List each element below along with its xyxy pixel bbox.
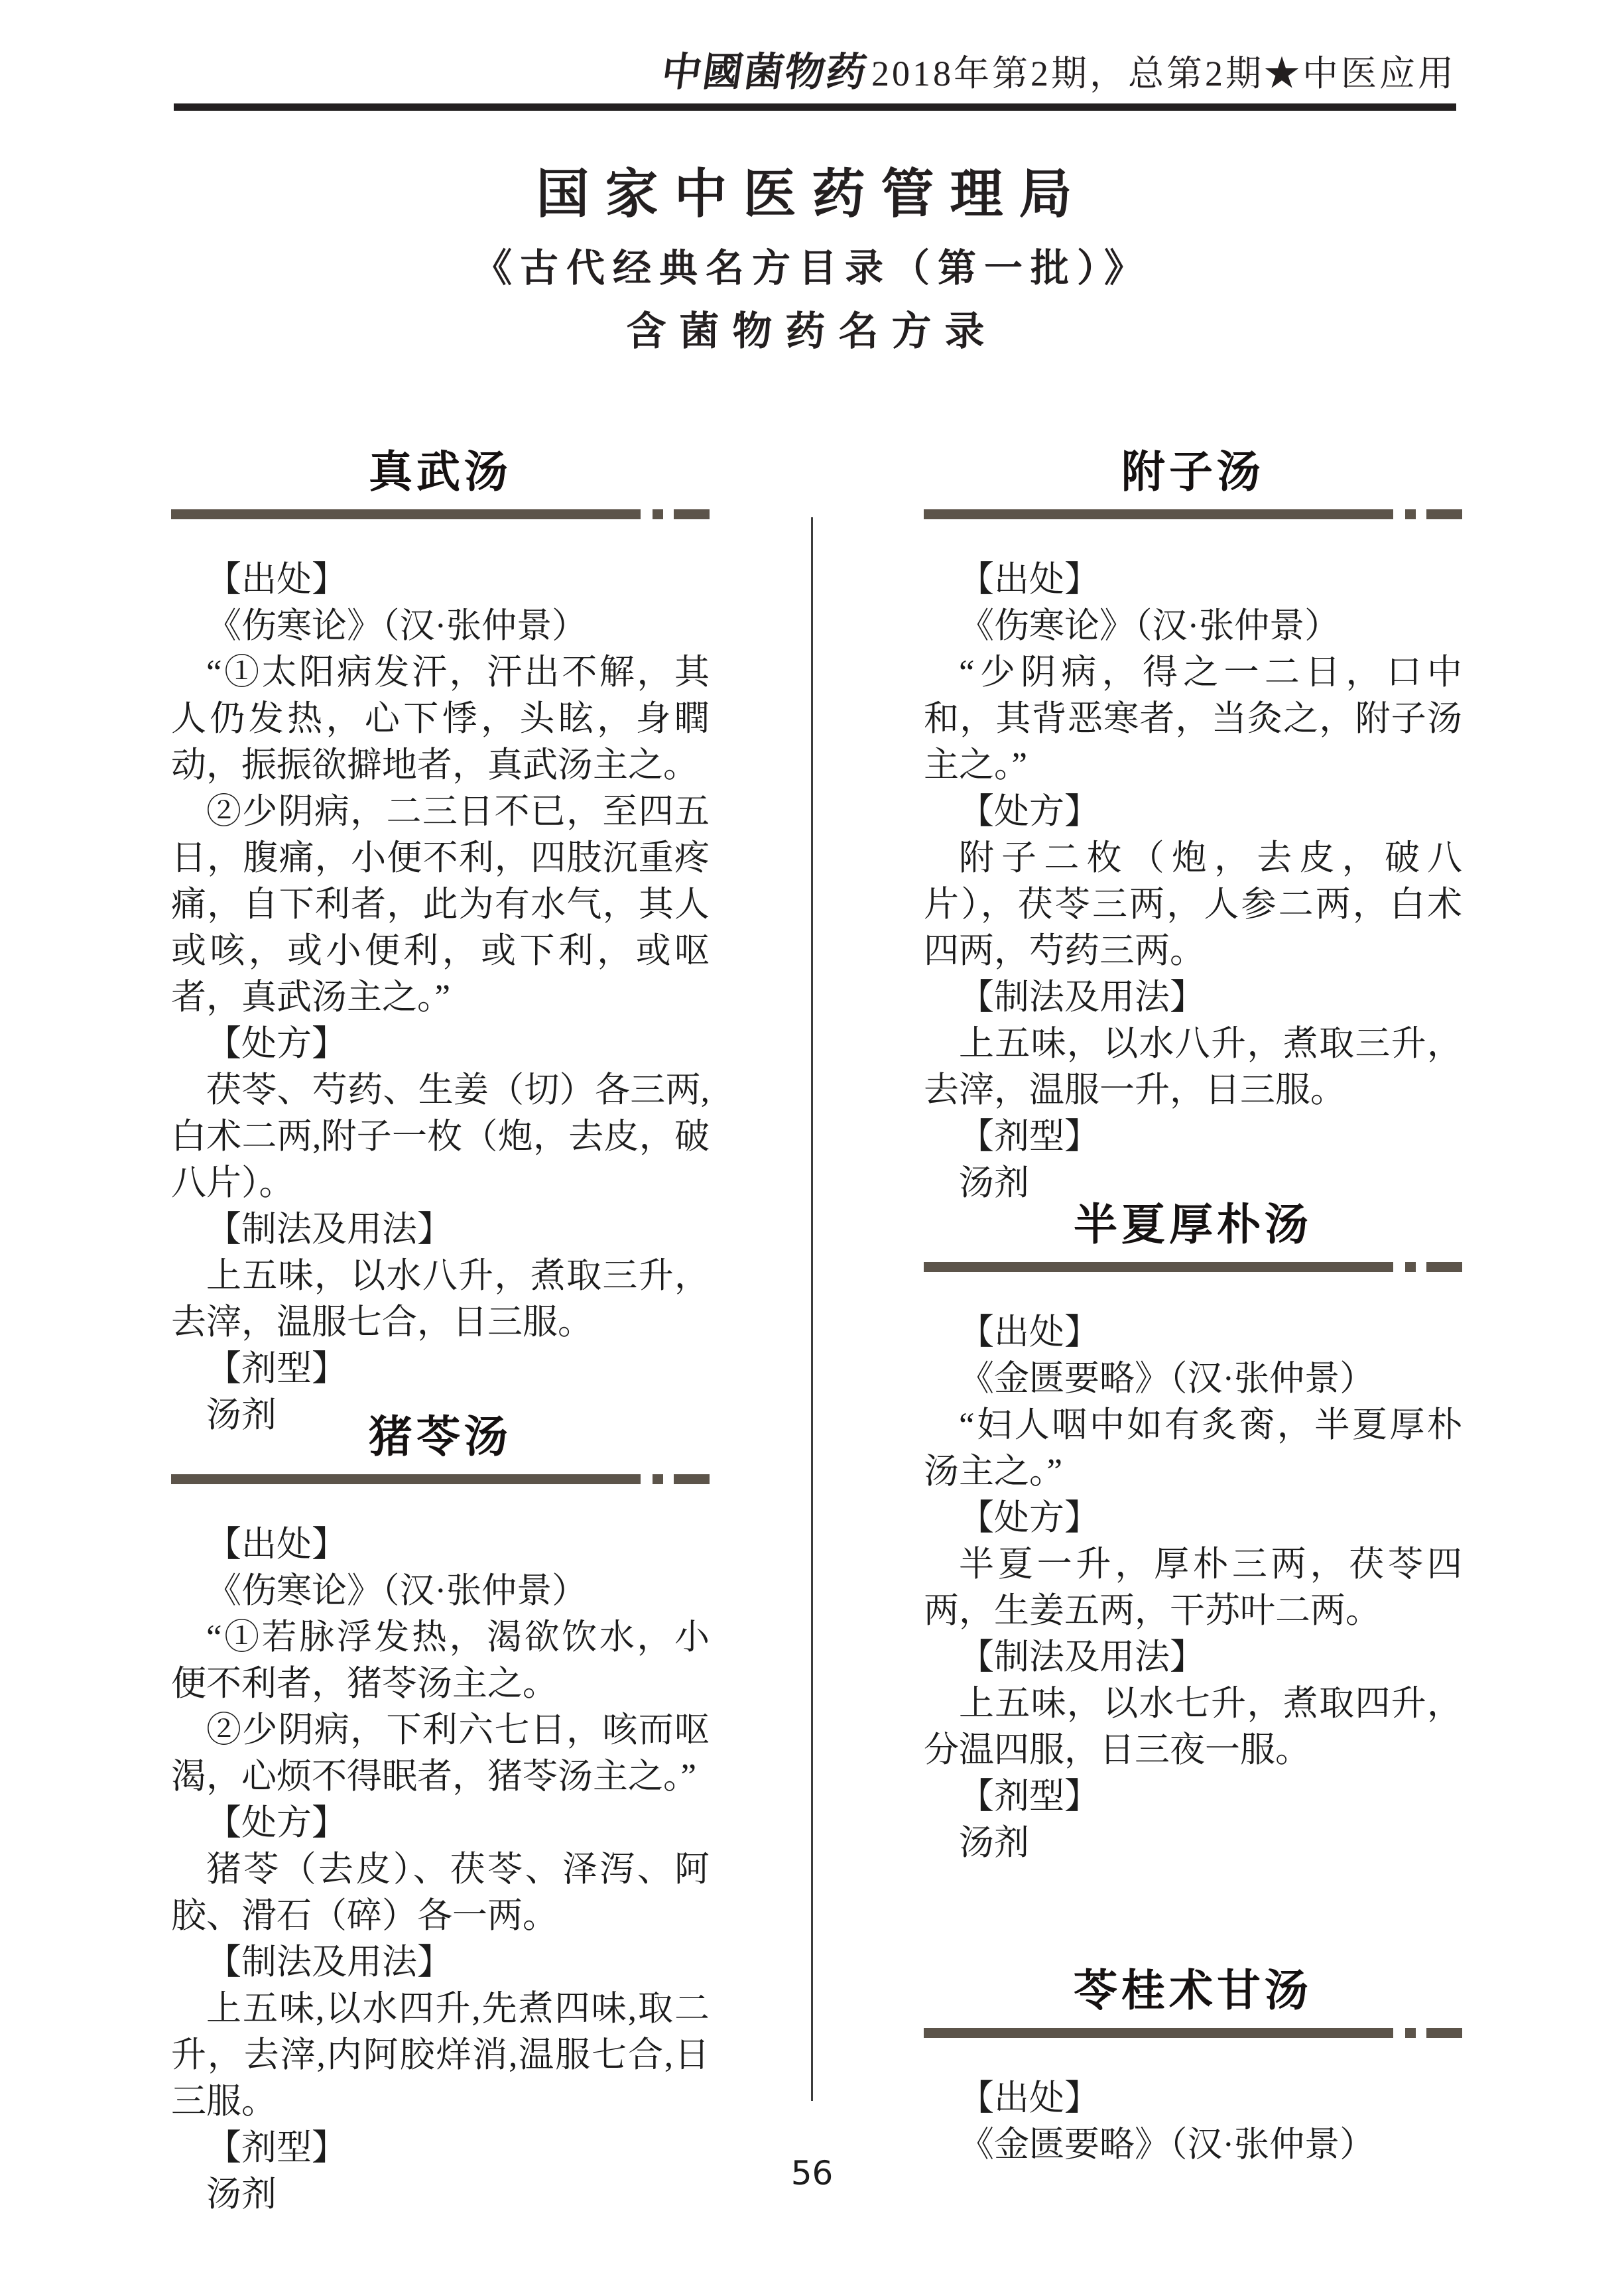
field-label: 【出处】 xyxy=(924,2075,1462,2121)
text-line: 上五味，以水七升，煮取四升，分温四服，日三夜一服。 xyxy=(924,1680,1462,1773)
section-decorative-rule xyxy=(924,1262,1462,1272)
text-line: 上五味,以水四升,先煮四味,取二升，去滓,内阿胶烊消,温服七合,日三服。 xyxy=(171,1986,710,2125)
left-column: 真武汤【出处】《伤寒论》（汉·张仲景）“①太阳病发汗，汗出不解，其人仍发热，心下… xyxy=(171,0,710,2278)
column-divider-rule xyxy=(811,517,813,2101)
bar-square xyxy=(1405,509,1416,519)
formula-body: 【出处】《伤寒论》（汉·张仲景）“①若脉浮发热，渴欲饮水，小便不利者，猪苓汤主之… xyxy=(171,1521,710,2218)
field-label: 【处方】 xyxy=(171,1800,710,1846)
bar-square xyxy=(1405,2028,1416,2038)
bar-long xyxy=(924,509,1393,519)
text-line: 半夏一升，厚朴三两，茯苓四两，生姜五两，干苏叶二两。 xyxy=(924,1541,1462,1634)
field-label: 【制法及用法】 xyxy=(924,1634,1462,1680)
bar-square xyxy=(1405,1262,1416,1272)
section-decorative-rule xyxy=(171,1474,710,1484)
bar-short xyxy=(1426,1262,1462,1272)
field-label: 【剂型】 xyxy=(171,1346,710,1392)
right-column: 附子汤【出处】《伤寒论》（汉·张仲景）“少阴病，得之一二日，口中和，其背恶寒者，… xyxy=(924,0,1462,2278)
bar-square xyxy=(653,509,663,519)
section-decorative-rule xyxy=(171,509,710,519)
formula-section: 真武汤【出处】《伤寒论》（汉·张仲景）“①太阳病发汗，汗出不解，其人仍发热，心下… xyxy=(171,438,710,1438)
bar-short xyxy=(1426,2028,1462,2038)
field-label: 【处方】 xyxy=(171,1021,710,1067)
formula-body: 【出处】《伤寒论》（汉·张仲景）“①太阳病发汗，汗出不解，其人仍发热，心下悸，头… xyxy=(171,556,710,1438)
formula-title: 苓桂术甘汤 xyxy=(924,1964,1462,2017)
bar-short xyxy=(674,509,710,519)
field-label: 【制法及用法】 xyxy=(924,974,1462,1021)
formula-body: 【出处】《伤寒论》（汉·张仲景）“少阴病，得之一二日，口中和，其背恶寒者，当灸之… xyxy=(924,556,1462,1206)
formula-section: 半夏厚朴汤【出处】《金匮要略》（汉·张仲景）“妇人咽中如有炙脔，半夏厚朴汤主之。… xyxy=(924,1190,1462,1866)
field-label: 【剂型】 xyxy=(924,1773,1462,1820)
text-line: “①若脉浮发热，渴欲饮水，小便不利者，猪苓汤主之。 xyxy=(171,1614,710,1707)
field-label: 【出处】 xyxy=(924,556,1462,603)
field-label: 【出处】 xyxy=(924,1309,1462,1356)
text-line: ②少阴病，二三日不已，至四五日，腹痛，小便不利，四肢沉重疼痛，自下利者，此为有水… xyxy=(171,789,710,1021)
bar-long xyxy=(171,1474,641,1484)
text-line: 《伤寒论》（汉·张仲景） xyxy=(171,603,710,649)
text-line: 附子二枚（炮，去皮，破八片），茯苓三两，人参二两，白术四两，芍药三两。 xyxy=(924,835,1462,974)
bar-long xyxy=(171,509,641,519)
formula-body: 【出处】《金匮要略》（汉·张仲景）“妇人咽中如有炙脔，半夏厚朴汤主之。”【处方】… xyxy=(924,1309,1462,1866)
text-line: “少阴病，得之一二日，口中和，其背恶寒者，当灸之，附子汤主之。” xyxy=(924,649,1462,789)
text-line: “妇人咽中如有炙脔，半夏厚朴汤主之。” xyxy=(924,1402,1462,1495)
field-label: 【剂型】 xyxy=(924,1113,1462,1160)
text-line: 《金匮要略》（汉·张仲景） xyxy=(924,1356,1462,1402)
formula-section: 猪苓汤【出处】《伤寒论》（汉·张仲景）“①若脉浮发热，渴欲饮水，小便不利者，猪苓… xyxy=(171,1403,710,2218)
formula-title: 猪苓汤 xyxy=(171,1411,710,1464)
formula-title: 真武汤 xyxy=(171,446,710,499)
text-line: “①太阳病发汗，汗出不解，其人仍发热，心下悸，头眩，身瞤动，振振欲擗地者，真武汤… xyxy=(171,649,710,789)
field-label: 【出处】 xyxy=(171,556,710,603)
formula-title: 半夏厚朴汤 xyxy=(924,1198,1462,1251)
formula-title: 附子汤 xyxy=(924,446,1462,499)
text-line: 《伤寒论》（汉·张仲景） xyxy=(924,603,1462,649)
bar-square xyxy=(653,1474,663,1484)
text-line: 汤剂 xyxy=(924,1820,1462,1866)
journal-page: 中國菌物药2018年第2期，总第2期★中医应用 国家中医药管理局 《古代经典名方… xyxy=(0,0,1624,2278)
bar-short xyxy=(674,1474,710,1484)
field-label: 【制法及用法】 xyxy=(171,1939,710,1986)
formula-section: 苓桂术甘汤【出处】《金匮要略》（汉·张仲景） xyxy=(924,1956,1462,2168)
bar-short xyxy=(1426,509,1462,519)
text-line: ②少阴病，下利六七日，咳而呕渴，心烦不得眠者，猪苓汤主之。” xyxy=(171,1707,710,1800)
text-line: 茯苓、芍药、生姜（切）各三两,白术二两,附子一枚（炮，去皮，破八片）。 xyxy=(171,1067,710,1206)
field-label: 【出处】 xyxy=(171,1521,710,1568)
text-line: 上五味，以水八升，煮取三升，去滓，温服七合，日三服。 xyxy=(171,1253,710,1346)
field-label: 【处方】 xyxy=(924,789,1462,835)
page-number: 56 xyxy=(0,2154,1624,2192)
formula-section: 附子汤【出处】《伤寒论》（汉·张仲景）“少阴病，得之一二日，口中和，其背恶寒者，… xyxy=(924,438,1462,1206)
field-label: 【制法及用法】 xyxy=(171,1206,710,1253)
text-line: 猪苓（去皮）、茯苓、泽泻、阿胶、滑石（碎）各一两。 xyxy=(171,1846,710,1939)
bar-long xyxy=(924,2028,1393,2038)
text-line: 《伤寒论》（汉·张仲景） xyxy=(171,1568,710,1614)
field-label: 【处方】 xyxy=(924,1495,1462,1541)
section-decorative-rule xyxy=(924,509,1462,519)
text-line: 上五味，以水八升，煮取三升，去滓，温服一升，日三服。 xyxy=(924,1021,1462,1113)
bar-long xyxy=(924,1262,1393,1272)
section-decorative-rule xyxy=(924,2028,1462,2038)
